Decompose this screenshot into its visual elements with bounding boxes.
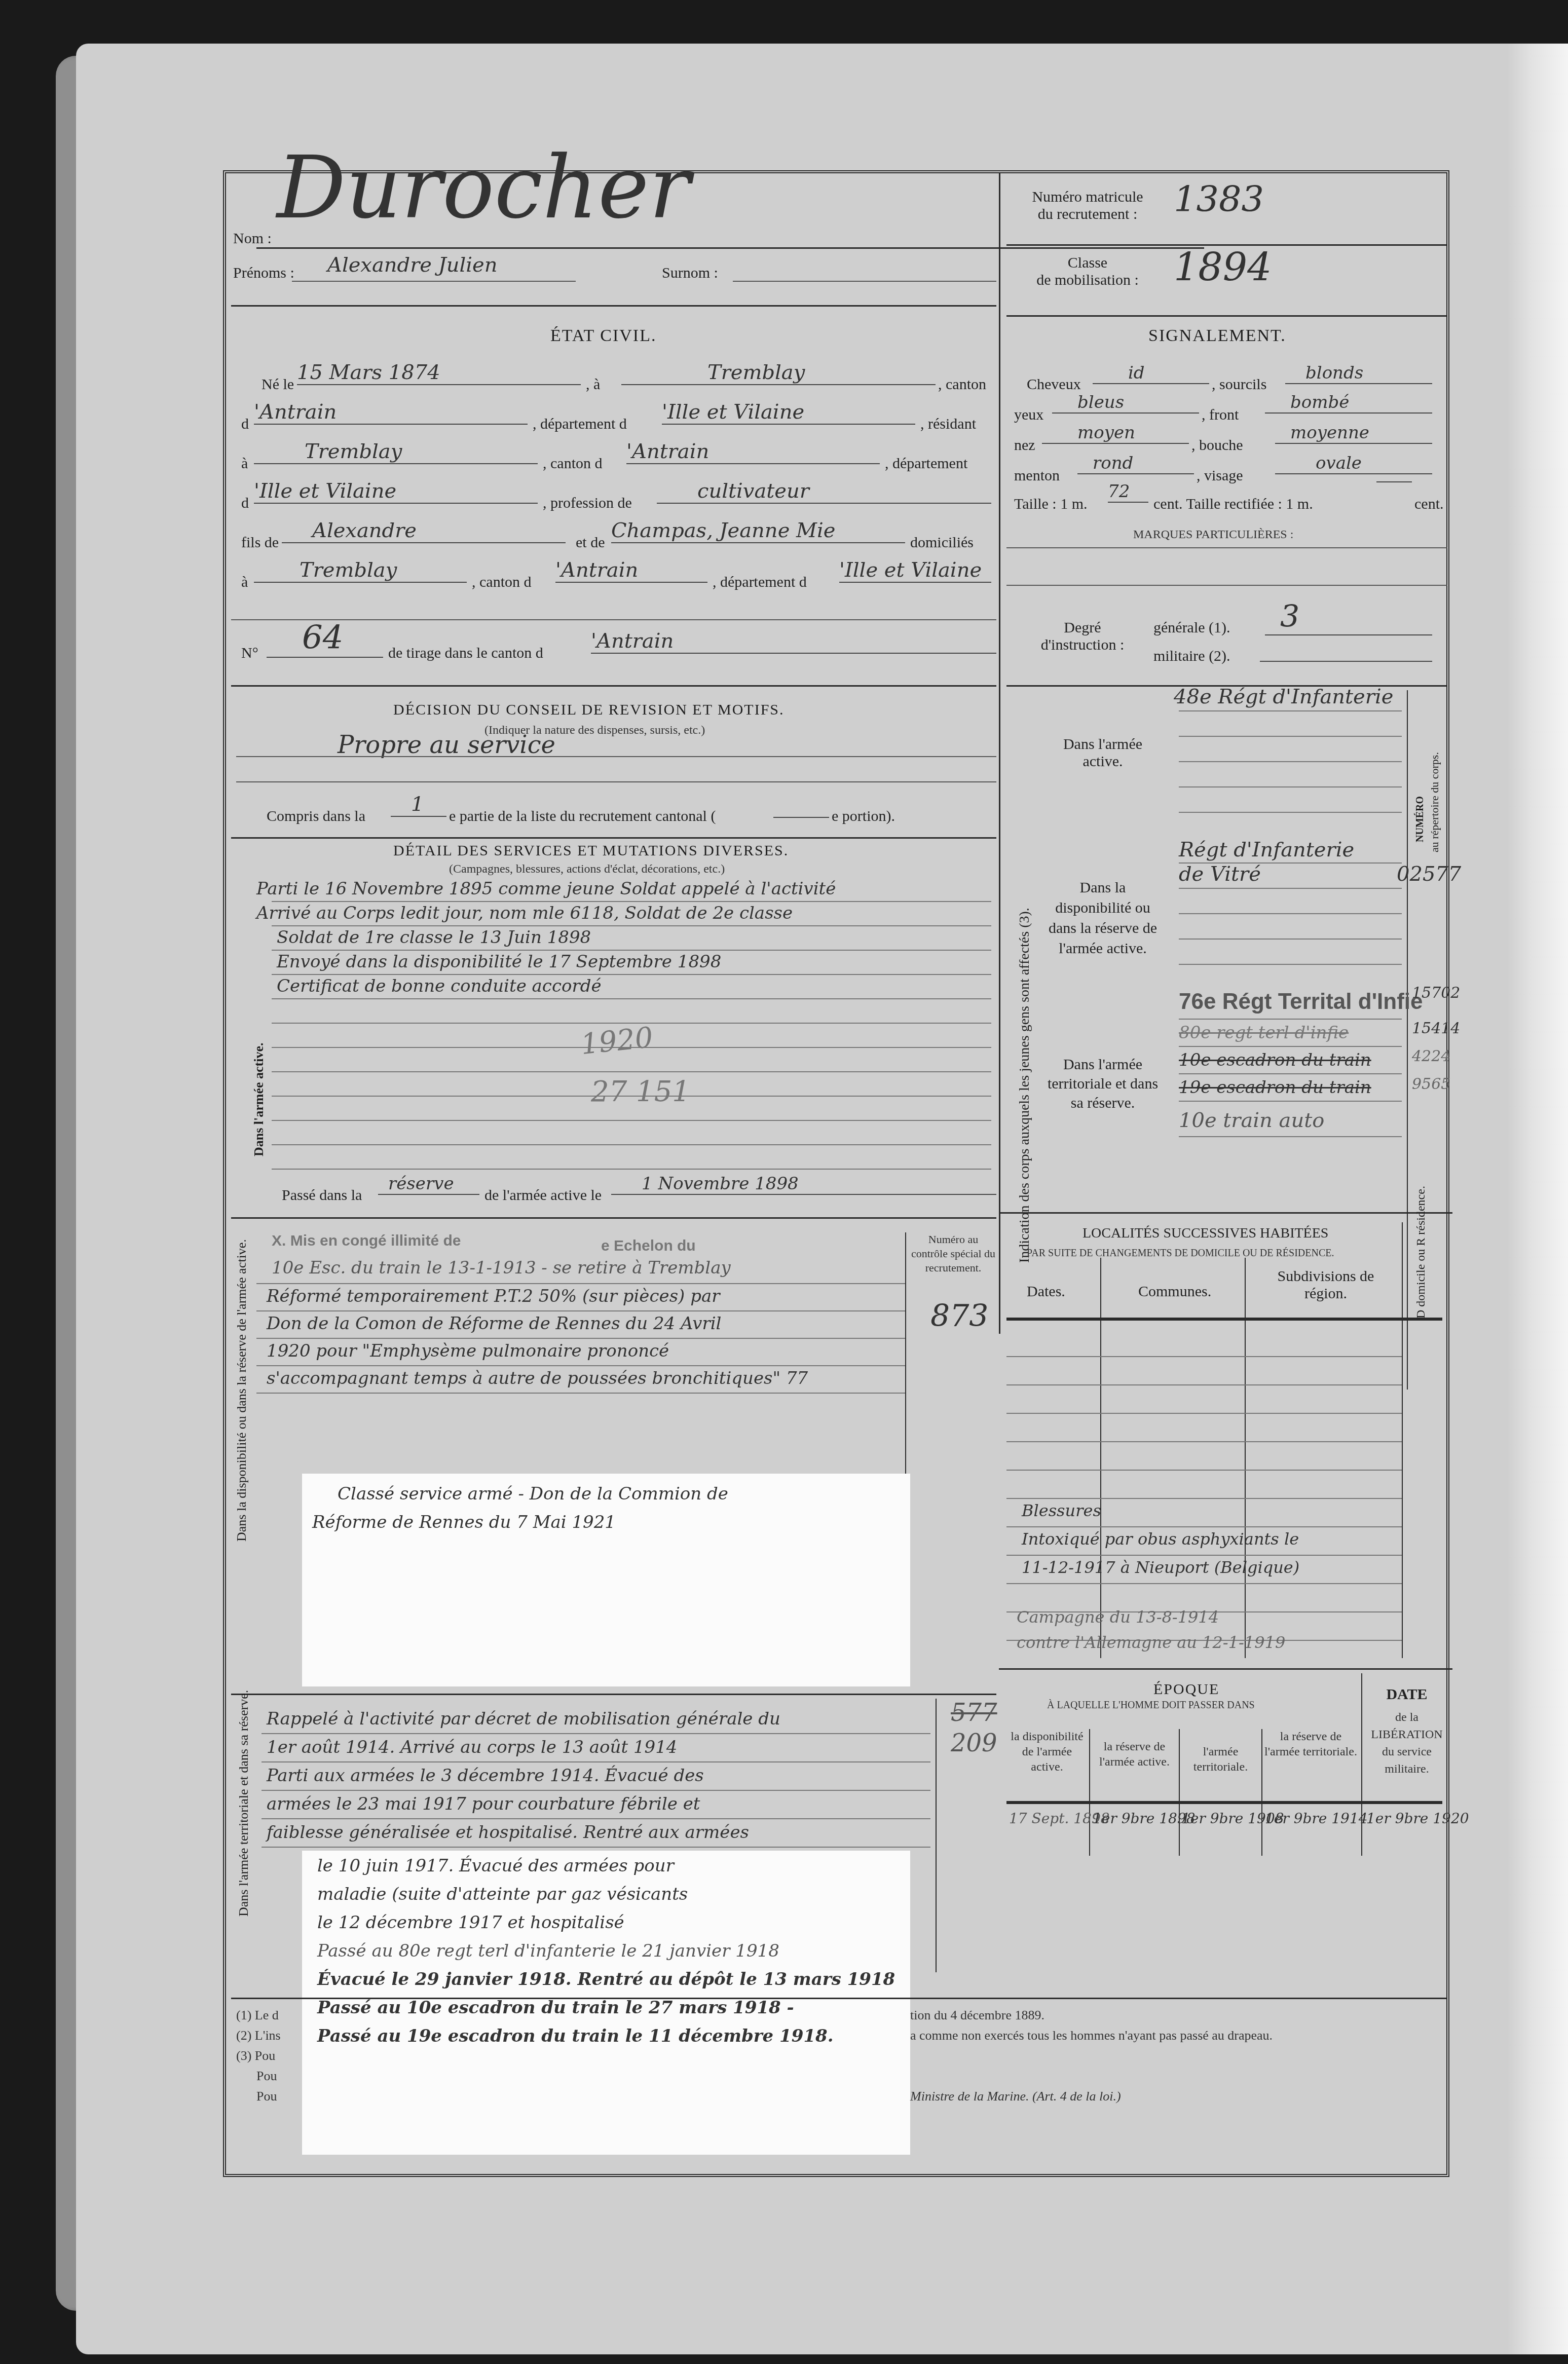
wound-note: Intoxiqué par obus asphyxiants le <box>1022 1529 1299 1549</box>
reserve-line: 10e Esc. du train le 13-1-1913 - se reti… <box>272 1258 731 1278</box>
pencil-note: 1920 <box>579 1021 655 1062</box>
prenoms-label: Prénoms : <box>233 265 294 282</box>
decision-value: Propre au service <box>338 731 555 759</box>
book-spine <box>1507 44 1568 2354</box>
residence-department: 'Ille et Vilaine <box>254 479 538 504</box>
pencil-note: 27 151 <box>591 1075 690 1108</box>
parents-residence: Tremblay <box>254 558 467 583</box>
services-title: DÉTAIL DES SERVICES ET MUTATIONS DIVERSE… <box>393 842 789 859</box>
profession: cultivateur <box>657 479 991 504</box>
surnom-label: Surnom : <box>662 265 718 282</box>
list-portion-number <box>773 797 829 818</box>
control-number-value: 873 <box>930 1298 989 1334</box>
passed-reserve-type: réserve <box>378 1174 479 1195</box>
service-line: Arrivé au Corps ledit jour, nom mle 6118… <box>256 903 793 923</box>
territorial-line: Parti aux armées le 3 décembre 1914. Éva… <box>267 1766 704 1786</box>
reserve-unit-number: 02577 <box>1397 862 1461 886</box>
assigned-units-side-label: Indication des corps auxquels les jeunes… <box>1017 908 1033 1263</box>
territorial-line: 1er août 1914. Arrivé au corps le 13 aoû… <box>267 1737 677 1757</box>
territorial-regiment-stamp: 76e Régt Territal d'Infie <box>1179 989 1423 1015</box>
reserve-line: Don de la Comon de Réforme de Rennes du … <box>267 1314 721 1334</box>
territorial-line: faiblesse généralisée et hospitalisé. Re… <box>267 1822 749 1843</box>
signalement-title: SIGNALEMENT. <box>1148 326 1286 346</box>
eyes-value: bleus <box>1052 392 1199 414</box>
reserve-unit-line-1: Régt d'Infanterie <box>1179 838 1354 861</box>
active-army-unit: 48e Régt d'Infanterie <box>1174 685 1393 708</box>
date-reserve-territoriale: 1er 9bre 1914 <box>1265 1810 1368 1827</box>
column-header-dates: Dates. <box>1027 1283 1065 1300</box>
parents-canton: 'Antrain <box>555 558 707 583</box>
epoque-title: ÉPOQUE <box>1153 1681 1219 1698</box>
military-education-level <box>1260 643 1432 662</box>
service-line: Certificat de bonne conduite accordé <box>277 976 602 996</box>
hair-value: id <box>1093 363 1209 384</box>
territorial-number: 577 <box>951 1699 997 1727</box>
general-education-level: 3 <box>1265 599 1432 635</box>
birth-department: 'Ille et Vilaine <box>662 400 915 425</box>
territorial-line: Rappelé à l'activité par décret de mobil… <box>267 1709 780 1729</box>
reserve-army-label: Dans la disponibilité ou dans la réserve… <box>1047 878 1159 959</box>
column-header-subdivisions: Subdivisions de région. <box>1260 1268 1392 1302</box>
service-line: Parti le 16 Novembre 1895 comme jeune So… <box>256 879 836 899</box>
nom-value: Durocher <box>277 138 690 238</box>
birth-date: 15 Mars 1874 <box>297 361 581 385</box>
active-army-label: Dans l'armée active. <box>1052 736 1153 770</box>
wound-note: Blessures <box>1022 1501 1101 1520</box>
territorial-side-label: Dans l'armée territoriale et dans sa rés… <box>236 1690 251 1917</box>
residence-type-label: D domicile ou R résidence. <box>1414 1186 1428 1319</box>
territorial-number: 209 <box>951 1729 997 1757</box>
classe-label: Classe de mobilisation : <box>1017 254 1159 289</box>
nose-value: moyen <box>1042 423 1189 444</box>
residence: Tremblay <box>254 440 538 464</box>
active-army-side-label: Dans l'armée active. <box>251 1042 267 1156</box>
residences-title: LOCALITÉS SUCCESSIVES HABITÉES <box>1082 1225 1328 1242</box>
parents-department: 'Ille et Vilaine <box>839 558 991 583</box>
matricule-label: Numéro matricule du recrutement : <box>1017 189 1159 223</box>
pasted-paper-slip: le 10 juin 1917. Évacué des armées pour … <box>302 1851 910 2155</box>
tirage-number: 64 <box>267 619 383 658</box>
matricule-number: 1383 <box>1174 178 1264 220</box>
height-corrected <box>1376 481 1412 482</box>
campaign-note: contre l'Allemagne au 12-1-1919 <box>1017 1633 1285 1652</box>
height-cm: 72 <box>1108 481 1148 503</box>
tirage-canton: 'Antrain <box>591 629 996 654</box>
wound-note: 11-12-1917 à Nieuport (Belgique) <box>1022 1558 1299 1577</box>
prenoms-value: Alexandre Julien <box>327 253 497 277</box>
passed-reserve-date: 1 Novembre 1898 <box>611 1174 996 1195</box>
date-reserve-active: 1er 9bre 1898 <box>1093 1810 1196 1827</box>
residence-canton: 'Antrain <box>626 440 880 464</box>
reserve-unit-line-2: de Vitré <box>1179 862 1261 886</box>
service-line: Soldat de 1re classe le 13 Juin 1898 <box>277 927 591 948</box>
distinguishing-marks-label: MARQUES PARTICULIÈRES : <box>1133 528 1293 542</box>
military-register-form: Durocher Nom : Prénoms : Alexandre Julie… <box>223 170 1449 2177</box>
birth-place: Tremblay <box>621 361 936 385</box>
control-number-label: Numéro au contrôle spécial du recrutemen… <box>910 1232 996 1275</box>
nom-label: Nom : <box>233 230 272 247</box>
father-name: Alexandre <box>282 519 566 543</box>
birth-canton: 'Antrain <box>254 400 528 425</box>
territorial-army-label: Dans l'armée territoriale et dans sa rés… <box>1047 1055 1159 1113</box>
face-value: ovale <box>1275 453 1432 474</box>
service-line: Envoyé dans la disponibilité le 17 Septe… <box>277 952 721 972</box>
reserve-side-label: Dans la disponibilité ou dans la réserve… <box>234 1239 249 1542</box>
decision-title: DÉCISION DU CONSEIL DE REVISION ET MOTIF… <box>393 701 785 719</box>
chin-value: rond <box>1077 453 1194 474</box>
forehead-value: bombé <box>1265 392 1432 414</box>
reserve-line: s'accompagnant temps à autre de poussées… <box>267 1368 808 1389</box>
list-part-number: 1 <box>391 793 446 817</box>
pasted-paper-slip: Classé service armé - Don de la Commion … <box>302 1474 910 1686</box>
column-header-communes: Communes. <box>1138 1283 1211 1300</box>
mother-name: Champas, Jeanne Mie <box>611 519 905 543</box>
etat-civil-title: ÉTAT CIVIL. <box>550 326 656 346</box>
territorial-line: armées le 23 mai 1917 pour courbature fé… <box>267 1794 700 1814</box>
classe-year: 1894 <box>1174 244 1272 289</box>
mouth-value: moyenne <box>1275 423 1432 444</box>
date-liberation: 1er 9bre 1920 <box>1366 1810 1469 1827</box>
campaign-note: Campagne du 13-8-1914 <box>1017 1607 1219 1627</box>
reserve-line: 1920 pour "Emphysème pulmonaire prononcé <box>267 1341 669 1361</box>
eyebrows-value: blonds <box>1285 363 1432 384</box>
reserve-line: Réformé temporairement P.T.2 50% (sur pi… <box>267 1286 720 1306</box>
